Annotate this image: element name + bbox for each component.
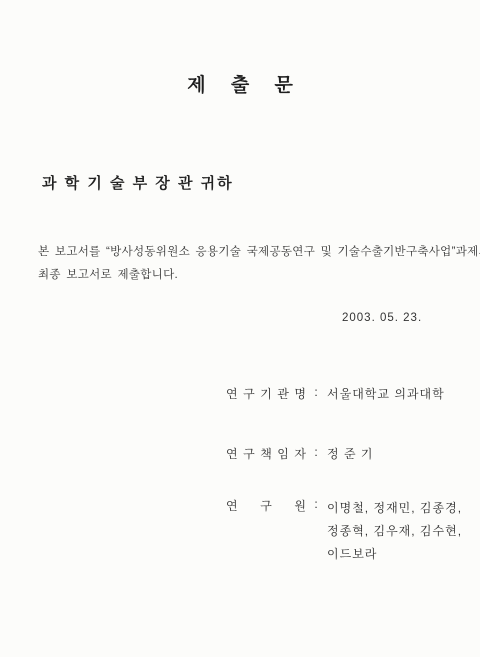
field-value-director: 정 준 기 bbox=[327, 445, 373, 462]
researchers-line-3: 이드보라 bbox=[327, 543, 462, 566]
field-row-institution: 연 구 기 관 명 : 서울대학교 의과대학 bbox=[226, 385, 445, 402]
field-label-institution: 연 구 기 관 명 bbox=[226, 385, 306, 402]
field-colon-institution: : bbox=[314, 385, 317, 399]
document-title: 제 출 문 bbox=[0, 70, 480, 97]
field-colon-director: : bbox=[314, 445, 317, 459]
body-paragraph: 본 보고서를 “방사성동위원소 응용기술 국제공동연구 및 기술수출기반구축사업… bbox=[38, 241, 450, 287]
field-row-researchers: 연 구 원 : 이명철, 정재민, 김종경, 정종혁, 김우재, 김수현, 이드… bbox=[226, 497, 462, 566]
field-value-institution: 서울대학교 의과대학 bbox=[327, 385, 445, 402]
body-line-2: 최종 보고서로 제출합니다. bbox=[38, 264, 450, 287]
recipient-line: 과 학 기 술 부 장 관 귀하 bbox=[42, 172, 234, 193]
field-label-director: 연 구 책 임 자 bbox=[226, 445, 306, 462]
body-line-1: 본 보고서를 “방사성동위원소 응용기술 국제공동연구 및 기술수출기반구축사업… bbox=[38, 241, 450, 264]
submission-date: 2003. 05. 23. bbox=[342, 312, 422, 324]
document-page: 제 출 문 과 학 기 술 부 장 관 귀하 본 보고서를 “방사성동위원소 응… bbox=[0, 0, 480, 657]
field-value-researchers: 이명철, 정재민, 김종경, 정종혁, 김우재, 김수현, 이드보라 bbox=[327, 497, 462, 566]
field-label-researchers: 연 구 원 bbox=[226, 497, 306, 514]
researchers-line-1: 이명철, 정재민, 김종경, bbox=[327, 497, 462, 520]
field-row-director: 연 구 책 임 자 : 정 준 기 bbox=[226, 445, 373, 462]
field-colon-researchers: : bbox=[314, 497, 317, 511]
researchers-line-2: 정종혁, 김우재, 김수현, bbox=[327, 520, 462, 543]
